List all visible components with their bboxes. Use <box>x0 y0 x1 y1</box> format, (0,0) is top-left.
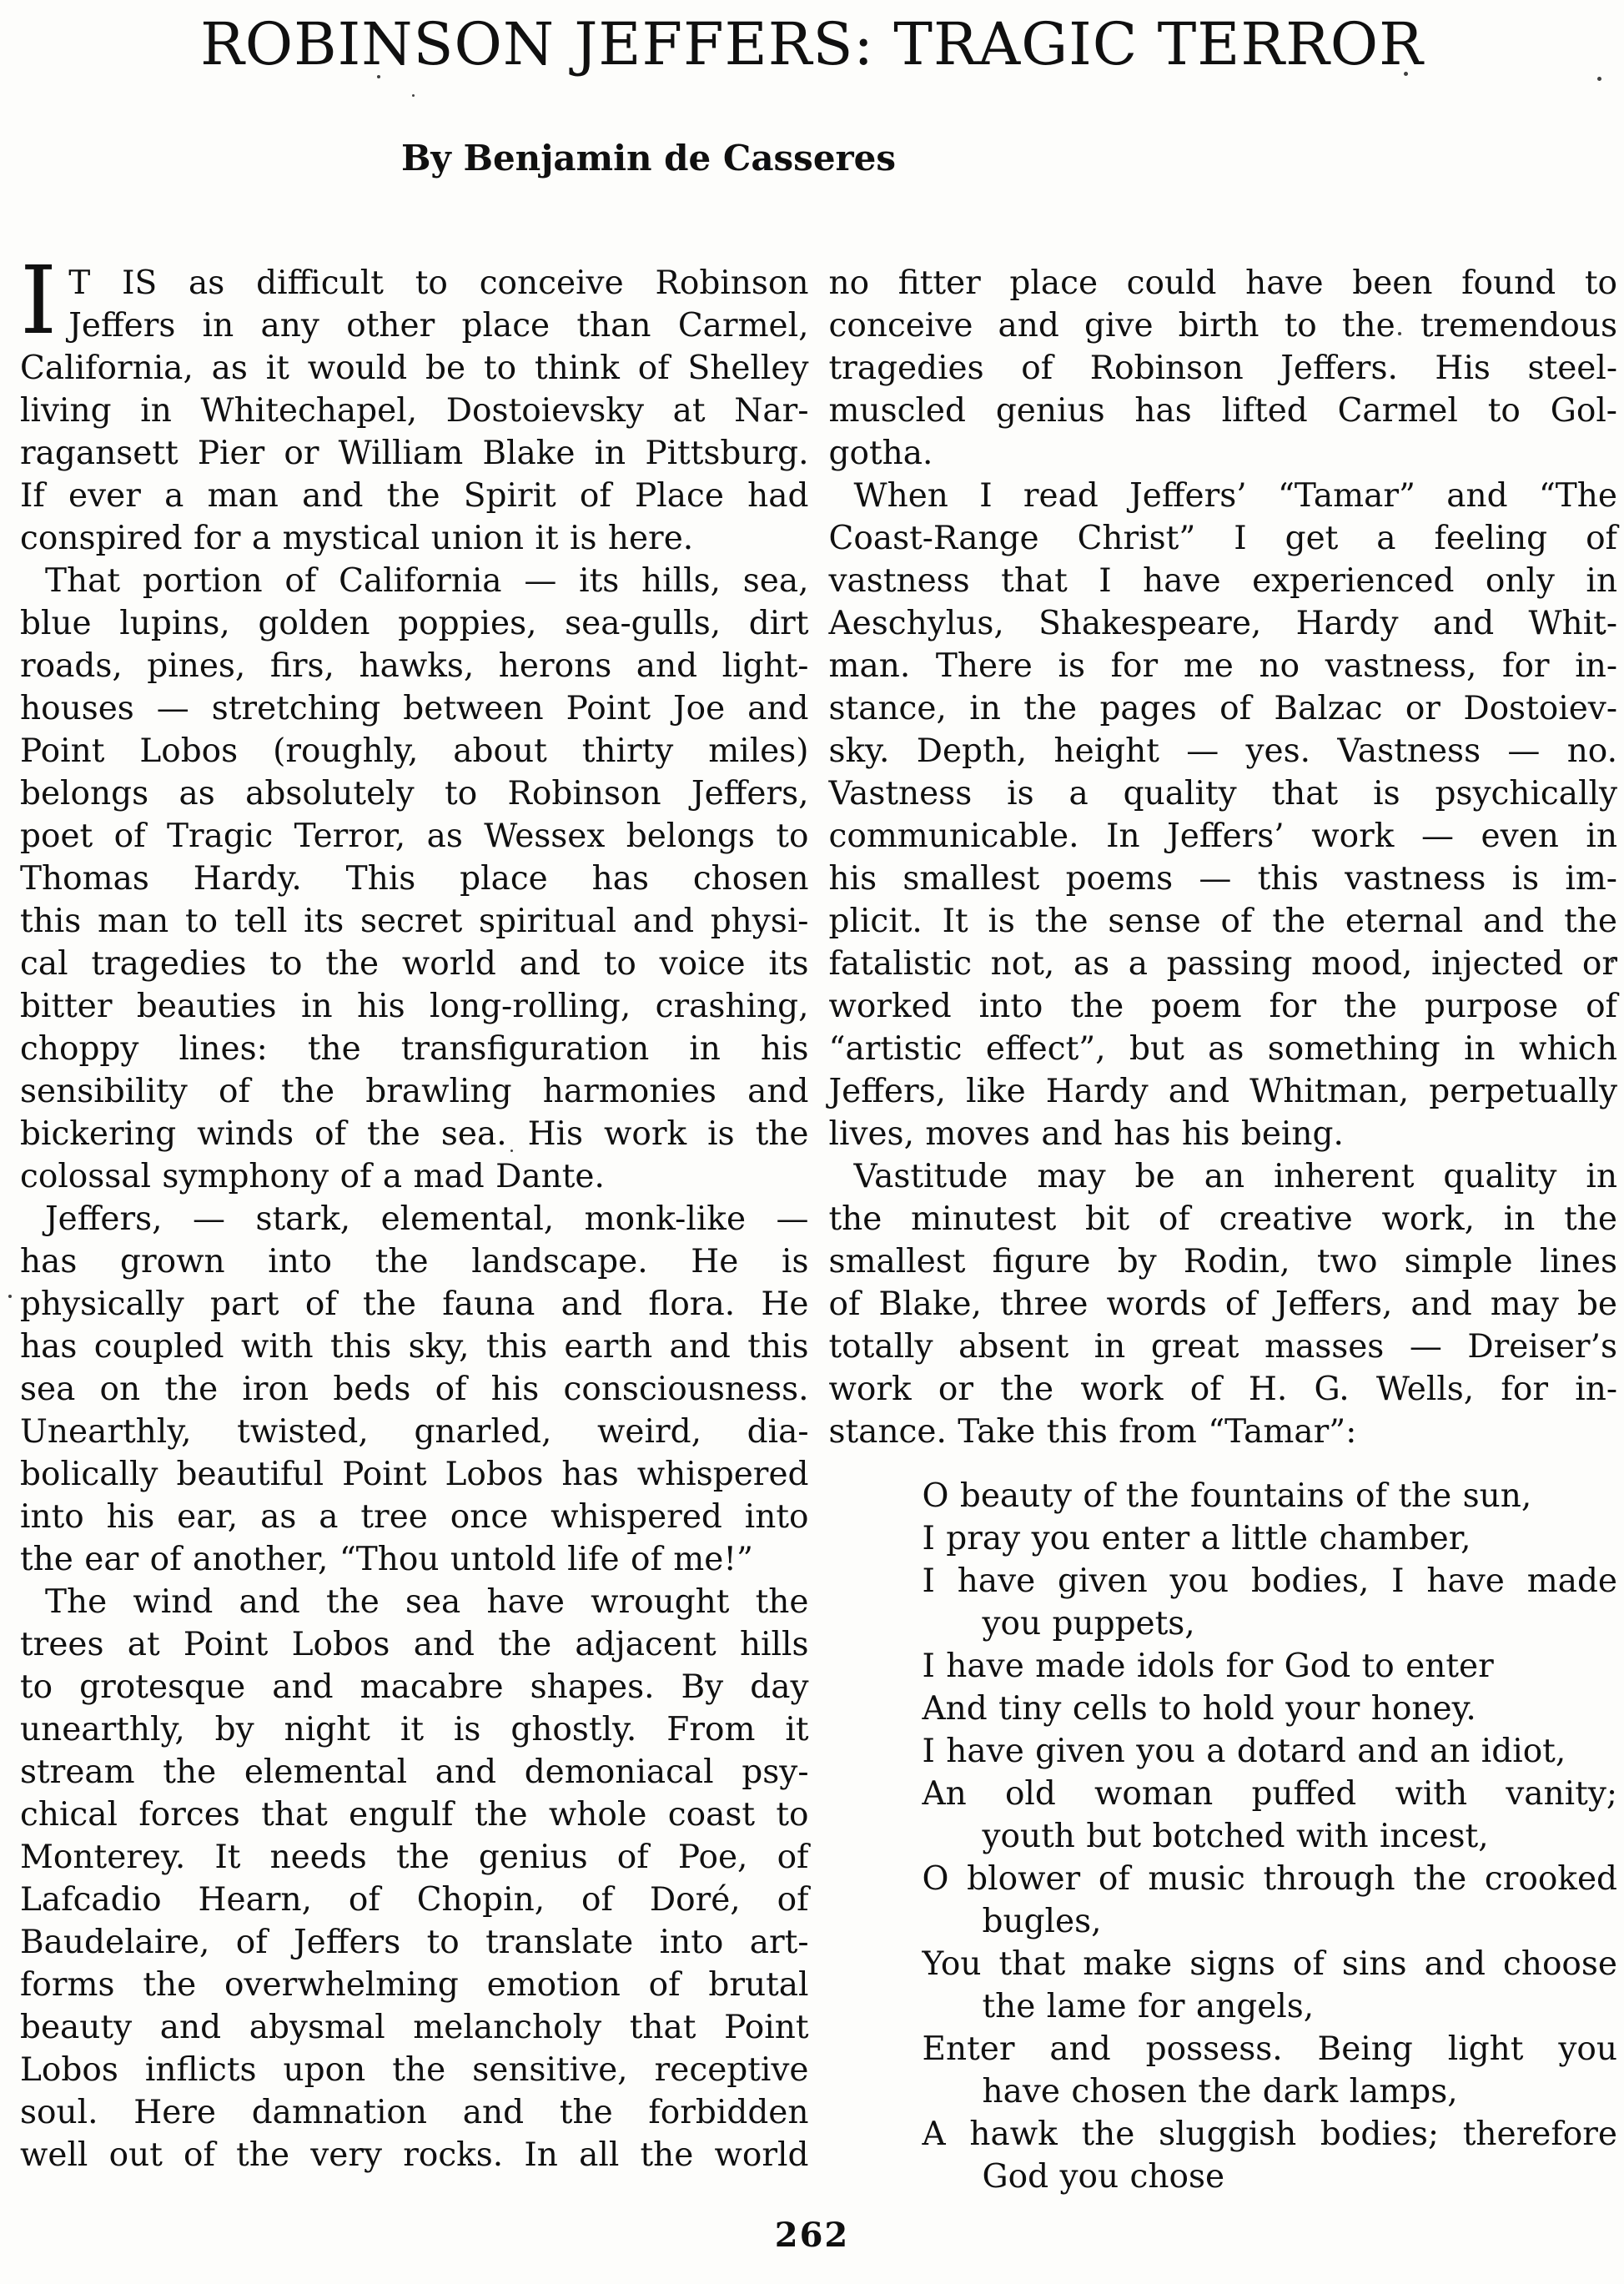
scan-speckle <box>412 94 415 97</box>
text-line: has grown into the landscape. He is <box>20 1240 809 1283</box>
text-line: communicable. In Jeffers’ work — even in <box>829 815 1618 858</box>
text-line: plicit. It is the sense of the eternal a… <box>829 900 1618 943</box>
text-line: unearthly, by night it is ghostly. From … <box>20 1708 809 1751</box>
poem-line: And tiny cells to hold your honey. <box>923 1688 1618 1730</box>
article-body: IT IS as difficult to conceive RobinsonJ… <box>20 262 1617 2198</box>
text-line: choppy lines: the transfiguration in his <box>20 1028 809 1070</box>
text-line: man. There is for me no vastness, for in… <box>829 645 1618 687</box>
text-line: bickering winds of the sea. His work is … <box>20 1113 809 1155</box>
text-line: worked into the poem for the purpose of <box>829 985 1618 1028</box>
text-line: bitter beauties in his long-rolling, cra… <box>20 985 809 1028</box>
text-line: Aeschylus, Shakespeare, Hardy and Whit- <box>829 602 1618 645</box>
text-line: cal tragedies to the world and to voice … <box>20 943 809 985</box>
drop-cap-letter: I <box>20 265 57 345</box>
text-line: muscled genius has lifted Carmel to Gol- <box>829 390 1618 432</box>
text-line: sensibility of the brawling harmonies an… <box>20 1070 809 1113</box>
scan-speckle <box>8 1295 12 1298</box>
text-line: physically part of the fauna and flora. … <box>20 1283 809 1326</box>
text-line: California, as it would be to think of S… <box>20 347 809 390</box>
poem-line: You that make signs of sins and choose <box>923 1943 1618 1985</box>
poem-line: I have given you a dotard and an idiot, <box>923 1730 1618 1773</box>
poem-line: God you chose <box>983 2156 1618 2198</box>
poem-line: I have made idols for God to enter <box>923 1645 1618 1688</box>
left-column: IT IS as difficult to conceive RobinsonJ… <box>20 262 809 2198</box>
text-line: bolically beautiful Point Lobos has whis… <box>20 1453 809 1496</box>
text-line: his smallest poems — this vastness is im… <box>829 858 1618 900</box>
paragraph: Jeffers, — stark, elemental, monk-like —… <box>20 1198 809 1581</box>
paragraph: When I read Jeffers’ “Tamar” and “TheCoa… <box>829 475 1618 1155</box>
poem-excerpt: O beauty of the fountains of the sun,I p… <box>829 1475 1618 2198</box>
poem-line: A hawk the sluggish bodies; therefore <box>923 2113 1618 2156</box>
text-line: no fitter place could have been found to <box>829 262 1618 304</box>
text-line: sea on the iron beds of his consciousnes… <box>20 1368 809 1411</box>
text-line: soul. Here damnation and the forbidden <box>20 2091 809 2134</box>
text-line: sky. Depth, height — yes. Vastness — no. <box>829 730 1618 772</box>
scan-speckle <box>1611 959 1614 963</box>
scan-speckle <box>510 1150 513 1152</box>
poem-line: Enter and possess. Being light you <box>923 2028 1618 2070</box>
text-line: gotha. <box>829 432 1618 475</box>
text-line: to grotesque and macabre shapes. By day <box>20 1666 809 1708</box>
poem-line: I have given you bodies, I have made <box>923 1560 1618 1602</box>
text-line: vastness that I have experienced only in <box>829 560 1618 602</box>
text-line: If ever a man and the Spirit of Place ha… <box>20 475 809 517</box>
text-line: the minutest bit of creative work, in th… <box>829 1198 1618 1240</box>
text-line: Coast-Range Christ” I get a feeling of <box>829 517 1618 560</box>
text-line: stance, in the pages of Balzac or Dostoi… <box>829 687 1618 730</box>
text-line: “artistic effect”, but as something in w… <box>829 1028 1618 1070</box>
text-line: lives, moves and has his being. <box>829 1113 1618 1155</box>
text-line: Jeffers in any other place than Carmel, <box>20 304 809 347</box>
text-line: Point Lobos (roughly, about thirty miles… <box>20 730 809 772</box>
text-line: fatalistic not, as a passing mood, injec… <box>829 943 1618 985</box>
poem-line: bugles, <box>983 1900 1618 1943</box>
text-line: The wind and the sea have wrought the <box>20 1581 809 1623</box>
text-line: Monterey. It needs the genius of Poe, of <box>20 1836 809 1879</box>
paragraph: Vastitude may be an inherent quality int… <box>829 1155 1618 1453</box>
text-line: totally absent in great masses — Dreiser… <box>829 1326 1618 1368</box>
article-byline: By Benjamin de Casseres <box>0 138 1461 179</box>
text-line: When I read Jeffers’ “Tamar” and “The <box>829 475 1618 517</box>
text-line: living in Whitechapel, Dostoievsky at Na… <box>20 390 809 432</box>
paragraph: IT IS as difficult to conceive RobinsonJ… <box>20 262 809 560</box>
text-line: belongs as absolutely to Robinson Jeffer… <box>20 772 809 815</box>
text-line: work or the work of H. G. Wells, for in- <box>829 1368 1618 1411</box>
poem-line: I pray you enter a little chamber, <box>923 1517 1618 1560</box>
text-line: has coupled with this sky, this earth an… <box>20 1326 809 1368</box>
text-line: stance. Take this from “Tamar”: <box>829 1411 1618 1453</box>
article-title: ROBINSON JEFFERS: TRAGIC TERROR <box>0 13 1624 75</box>
text-line: ragansett Pier or William Blake in Pitts… <box>20 432 809 475</box>
text-line: of Blake, three words of Jeffers, and ma… <box>829 1283 1618 1326</box>
text-line: Vastness is a quality that is psychicall… <box>829 772 1618 815</box>
text-line: smallest figure by Rodin, two simple lin… <box>829 1240 1618 1283</box>
text-line: into his ear, as a tree once whispered i… <box>20 1496 809 1538</box>
poem-line: have chosen the dark lamps, <box>983 2070 1618 2113</box>
text-line: forms the overwhelming emotion of brutal <box>20 1964 809 2006</box>
paragraph: The wind and the sea have wrought thetre… <box>20 1581 809 2176</box>
text-line: poet of Tragic Terror, as Wessex belongs… <box>20 815 809 858</box>
text-line: Vastitude may be an inherent quality in <box>829 1155 1618 1198</box>
text-line: trees at Point Lobos and the adjacent hi… <box>20 1623 809 1666</box>
poem-line: you puppets, <box>983 1602 1618 1645</box>
text-line: Jeffers, like Hardy and Whitman, perpetu… <box>829 1070 1618 1113</box>
scan-speckle <box>1600 631 1603 635</box>
text-line: Thomas Hardy. This place has chosen <box>20 858 809 900</box>
text-line: That portion of California — its hills, … <box>20 560 809 602</box>
scan-speckle <box>1404 72 1408 76</box>
text-line: this man to tell its secret spiritual an… <box>20 900 809 943</box>
text-line: Baudelaire, of Jeffers to translate into… <box>20 1921 809 1964</box>
text-line: colossal symphony of a mad Dante. <box>20 1155 809 1198</box>
paragraph: That portion of California — its hills, … <box>20 560 809 1198</box>
text-line: stream the elemental and demoniacal psy- <box>20 1751 809 1793</box>
poem-line: O blower of music through the crooked <box>923 1858 1618 1900</box>
poem-line: youth but botched with incest, <box>983 1815 1618 1858</box>
text-line: conspired for a mystical union it is her… <box>20 517 809 560</box>
poem-line: O beauty of the fountains of the sun, <box>923 1475 1618 1517</box>
scan-speckle <box>1597 77 1601 81</box>
paragraph: no fitter place could have been found to… <box>829 262 1618 475</box>
text-line: houses — stretching between Point Joe an… <box>20 687 809 730</box>
page-number: 262 <box>0 2216 1624 2255</box>
scan-speckle <box>377 75 380 78</box>
text-line: Jeffers, — stark, elemental, monk-like — <box>20 1198 809 1240</box>
text-line: roads, pines, firs, hawks, herons and li… <box>20 645 809 687</box>
text-line: the ear of another, “Thou untold life of… <box>20 1538 809 1581</box>
text-line: chical forces that engulf the whole coas… <box>20 1793 809 1836</box>
text-line: conceive and give birth to the tremendou… <box>829 304 1618 347</box>
poem-line: the lame for angels, <box>983 1985 1618 2028</box>
poem-line: An old woman puffed with vanity; <box>923 1773 1618 1815</box>
text-line: tragedies of Robinson Jeffers. His steel… <box>829 347 1618 390</box>
scan-speckle <box>1398 332 1401 335</box>
text-line: Lafcadio Hearn, of Chopin, of Doré, of <box>20 1879 809 1921</box>
text-line: beauty and abysmal melancholy that Point <box>20 2006 809 2049</box>
text-line: Lobos inflicts upon the sensitive, recep… <box>20 2049 809 2091</box>
text-line: well out of the very rocks. In all the w… <box>20 2134 809 2176</box>
right-column: no fitter place could have been found to… <box>829 262 1618 2198</box>
text-line: T IS as difficult to conceive Robinson <box>20 262 809 304</box>
text-line: blue lupins, golden poppies, sea-gulls, … <box>20 602 809 645</box>
text-line: Unearthly, twisted, gnarled, weird, dia- <box>20 1411 809 1453</box>
scan-speckle <box>1065 1921 1068 1924</box>
